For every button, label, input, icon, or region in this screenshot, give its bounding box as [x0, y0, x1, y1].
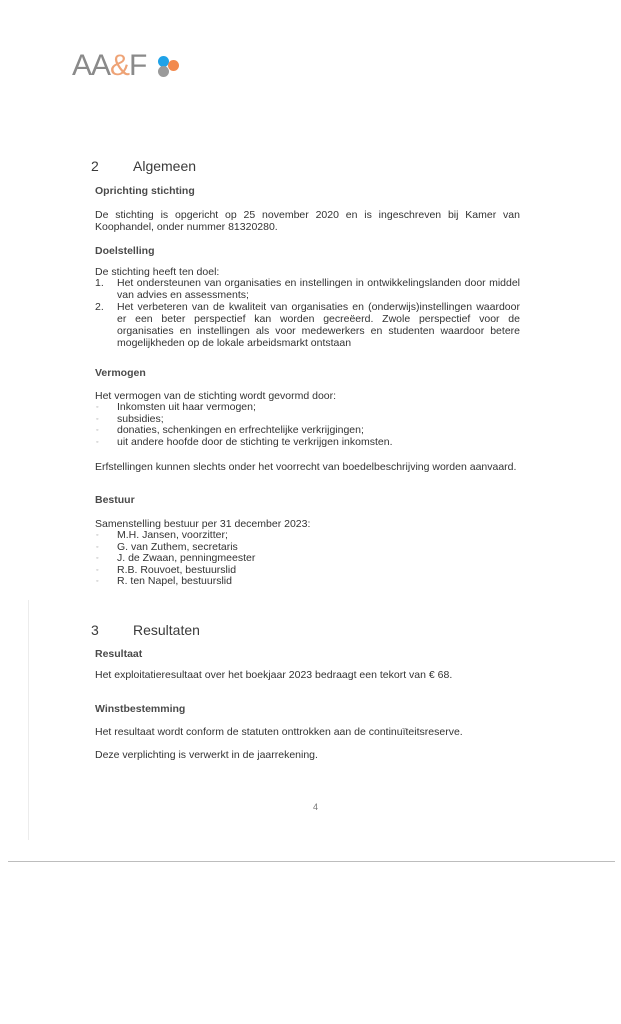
company-logo: AA&F — [72, 50, 180, 82]
paragraph-resultaat: Het exploitatieresultaat over het boekja… — [95, 669, 520, 681]
list-text: Inkomsten uit haar vermogen; — [117, 401, 256, 413]
list-text: R.B. Rouvoet, bestuurslid — [117, 564, 236, 576]
section-number: 3 — [91, 622, 133, 638]
list-text: uit andere hoofde door de stichting te v… — [117, 436, 393, 448]
scan-margin-line — [28, 600, 29, 840]
bullet-icon: ◦ — [96, 542, 98, 554]
page-bottom-divider — [8, 861, 615, 862]
paragraph-oprichting: De stichting is opgericht op 25 november… — [95, 209, 520, 233]
document-page: AA&F 2Algemeen Oprichting stichting De s… — [0, 0, 621, 1024]
subheading-bestuur: Bestuur — [95, 494, 135, 506]
vermogen-list: ◦Inkomsten uit haar vermogen; ◦subsidies… — [95, 402, 393, 448]
bullet-icon: ◦ — [96, 437, 98, 449]
logo-dot-gray — [158, 66, 169, 77]
section-number: 2 — [91, 158, 133, 174]
list-item: ◦R. ten Napel, bestuurslid — [95, 576, 255, 588]
bullet-icon: ◦ — [96, 530, 98, 542]
list-text: Het ondersteunen van organisaties en ins… — [117, 277, 520, 301]
subheading-oprichting: Oprichting stichting — [95, 185, 195, 197]
bullet-icon: ◦ — [96, 565, 98, 577]
section-heading-resultaten: 3Resultaten — [91, 622, 200, 638]
list-text: R. ten Napel, bestuurslid — [117, 575, 232, 587]
list-item: ◦uit andere hoofde door de stichting te … — [95, 437, 393, 449]
page-number: 4 — [313, 802, 318, 812]
bullet-icon: ◦ — [96, 414, 98, 426]
list-text: J. de Zwaan, penningmeester — [117, 552, 255, 564]
bestuur-list: ◦M.H. Jansen, voorzitter; ◦G. van Zuthem… — [95, 530, 255, 588]
logo-part1: AA — [72, 49, 110, 82]
section-title: Algemeen — [133, 158, 196, 174]
subheading-vermogen: Vermogen — [95, 367, 146, 379]
paragraph-verplichting: Deze verplichting is verwerkt in de jaar… — [95, 749, 520, 761]
bullet-icon: ◦ — [96, 576, 98, 588]
bullet-icon: ◦ — [96, 553, 98, 565]
list-number: 1. — [95, 277, 104, 289]
list-text: Het verbeteren van de kwaliteit van orga… — [117, 301, 520, 349]
subheading-winstbestemming: Winstbestemming — [95, 703, 185, 715]
logo-part2: F — [129, 49, 146, 82]
logo-dots-icon — [156, 53, 180, 79]
list-number: 2. — [95, 301, 104, 313]
paragraph-winstbestemming: Het resultaat wordt conform de statuten … — [95, 726, 520, 738]
section-title: Resultaten — [133, 622, 200, 638]
doelstelling-list: 1.Het ondersteunen van organisaties en i… — [95, 277, 520, 349]
list-text: donaties, schenkingen en erfrechtelijke … — [117, 424, 364, 436]
subheading-doelstelling: Doelstelling — [95, 245, 155, 257]
list-text: G. van Zuthem, secretaris — [117, 541, 238, 553]
bullet-icon: ◦ — [96, 402, 98, 414]
list-text: subsidies; — [117, 413, 164, 425]
list-text: M.H. Jansen, voorzitter; — [117, 529, 228, 541]
logo-text: AA&F — [72, 51, 146, 81]
section-heading-algemeen: 2Algemeen — [91, 158, 196, 174]
subheading-resultaat: Resultaat — [95, 648, 142, 660]
list-item: 2.Het verbeteren van de kwaliteit van or… — [95, 301, 520, 349]
paragraph-erfstellingen: Erfstellingen kunnen slechts onder het v… — [95, 461, 520, 473]
logo-dot-orange — [168, 60, 179, 71]
list-item: 1.Het ondersteunen van organisaties en i… — [95, 277, 520, 301]
logo-ampersand: & — [110, 49, 129, 82]
bullet-icon: ◦ — [96, 425, 98, 437]
